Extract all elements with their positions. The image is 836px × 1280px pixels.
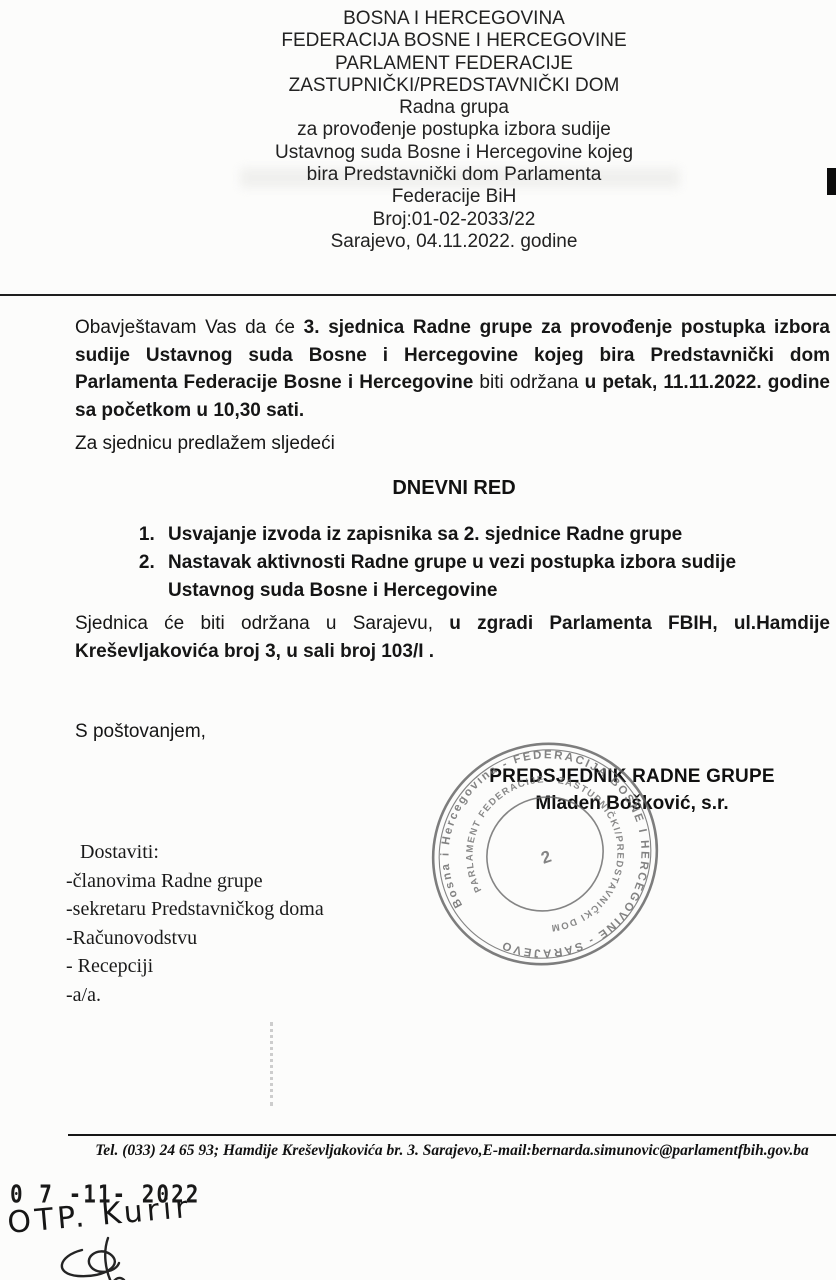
agenda-title: DNEVNI RED [0, 477, 836, 500]
official-round-stamp: Bosna i Hercegovina - FEDERACIJA BOSNE I… [414, 723, 676, 985]
letterhead: BOSNA I HERCEGOVINA FEDERACIJA BOSNE I H… [0, 8, 836, 253]
agenda-item-1: Usvajanje izvoda iz zapisnika sa 2. sjed… [160, 521, 820, 549]
scanned-letter-page: BOSNA I HERCEGOVINA FEDERACIJA BOSNE I H… [0, 0, 836, 1280]
letterhead-line-country: BOSNA I HERCEGOVINA [72, 8, 836, 30]
location-paragraph: Sjednica će biti održana u Sarajevu, u z… [75, 610, 830, 665]
agenda-item-2: Nastavak aktivnosti Radne grupe u vezi p… [160, 549, 820, 605]
footer-separator-line [68, 1134, 836, 1136]
distribution-item-reception: - Recepciji [66, 952, 396, 981]
letterhead-line-workgroup: Radna grupa [72, 97, 836, 119]
header-separator-line [0, 294, 836, 296]
distribution-title: Dostaviti: [66, 838, 396, 867]
letterhead-line-purpose-1: za provođenje postupka izbora sudije [72, 119, 836, 141]
distribution-item-archive: -a/a. [66, 981, 396, 1010]
letterhead-ref-number: Broj:01-02-2033/22 [72, 209, 836, 231]
distribution-item-secretary: -sekretaru Predstavničkog doma [66, 895, 396, 924]
letterhead-line-purpose-4: Federacije BiH [72, 186, 836, 208]
distribution-item-members: -članovima Radne grupe [66, 867, 396, 896]
proposal-line: Za sjednicu predlažem sljedeći [75, 430, 775, 458]
letterhead-line-purpose-2: Ustavnog suda Bosne i Hercegovine kojeg [72, 142, 836, 164]
stamp-group: Bosna i Hercegovina - FEDERACIJA BOSNE I… [414, 723, 676, 985]
letterhead-line-purpose-3: bira Predstavnički dom Parlamenta [72, 164, 836, 186]
letterhead-line-federation: FEDERACIJA BOSNE I HERCEGOVINE [72, 30, 836, 52]
distribution-item-accounting: -Računovodstvu [66, 924, 396, 953]
footer-contact-line: Tel. (033) 24 65 93; Hamdije Kreševljako… [68, 1142, 836, 1160]
stamp-center-number: 2 [539, 847, 554, 868]
agenda-list: Usvajanje izvoda iz zapisnika sa 2. sjed… [128, 521, 820, 605]
distribution-list: Dostaviti: -članovima Radne grupe -sekre… [66, 838, 396, 1009]
closing-salutation: S poštovanjem, [75, 718, 206, 746]
location-text-normal: Sjednica će biti održana u Sarajevu, [75, 613, 449, 634]
letterhead-line-parliament: PARLAMENT FEDERACIJE [72, 53, 836, 75]
handwritten-signature-scribble [48, 1234, 168, 1280]
intro-paragraph: Obavještavam Vas da će 3. sjednica Radne… [75, 314, 830, 424]
scan-dotted-artifact [270, 1022, 273, 1106]
intro-text-normal-2: biti održana [479, 372, 584, 393]
letterhead-line-house: ZASTUPNIČKI/PREDSTAVNIČKI DOM [72, 75, 836, 97]
intro-text-normal-1: Obavještavam Vas da će [75, 317, 304, 338]
letterhead-date-line: Sarajevo, 04.11.2022. godine [72, 231, 836, 253]
